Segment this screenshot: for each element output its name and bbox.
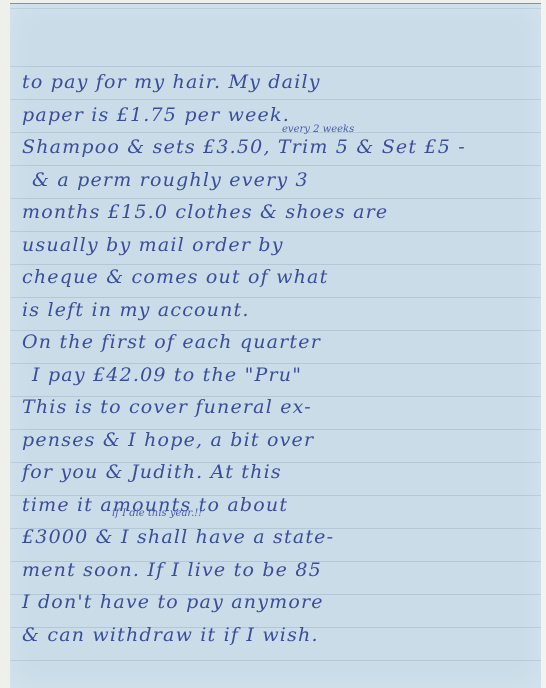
text-line: I don't have to pay anymore (22, 586, 522, 619)
text-line: & can withdraw it if I wish. (22, 619, 522, 652)
text-line: On the first of each quarter (22, 326, 522, 359)
annotation-if-i-die: if I die this year.!! (112, 508, 202, 520)
text-line: penses & I hope, a bit over (22, 424, 522, 457)
text-line: paper is £1.75 per week. (22, 99, 522, 132)
text-line: is left in my account. (22, 294, 522, 327)
annotation-every-two-weeks: every 2 weeks (282, 124, 354, 136)
text-line: to pay for my hair. My daily (22, 66, 522, 99)
handwritten-text: to pay for my hair. My daily paper is £1… (22, 66, 522, 651)
text-line: ment soon. If I live to be 85 (22, 554, 522, 587)
scan-margin (541, 0, 546, 688)
text-line: for you & Judith. At this (22, 456, 522, 489)
text-line: & a perm roughly every 3 (22, 164, 522, 197)
text-line: This is to cover funeral ex- (22, 391, 522, 424)
text-line: I pay £42.09 to the "Pru" (22, 359, 522, 392)
text-line: usually by mail order by (22, 229, 522, 262)
text-line: £3000 & I shall have a state- (22, 521, 522, 554)
text-line: time it amounts to about (22, 489, 522, 522)
text-line: cheque & comes out of what (22, 261, 522, 294)
text-line: months £15.0 clothes & shoes are (22, 196, 522, 229)
text-line: Shampoo & sets £3.50, Trim 5 & Set £5 - (22, 131, 522, 164)
